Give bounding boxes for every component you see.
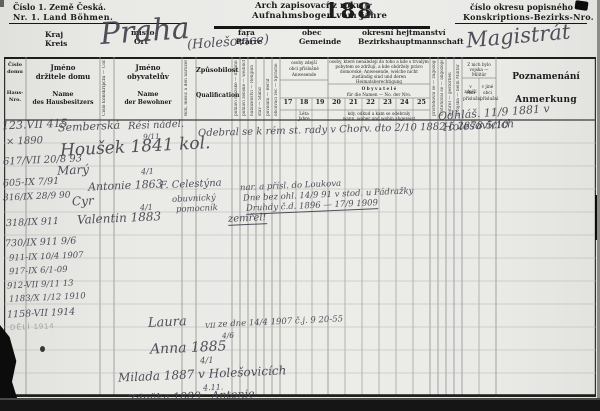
col25-number: 25: [413, 99, 430, 106]
pair-title2: vojska — Militär: [463, 67, 495, 77]
pair-col2-line2: obci: [480, 90, 495, 95]
group-present-title2: obci příslušné: [281, 66, 327, 71]
scan-edge-bottom: [0, 400, 600, 411]
pair-col1-line3: příslušní: [463, 96, 478, 101]
pair-col2-line1: v jiné: [480, 84, 495, 89]
col-religion-rotated: náboženství — Religion: [250, 60, 255, 116]
col17-number: 17: [280, 99, 296, 106]
milada-fraction: 4/1: [200, 356, 214, 367]
resident-name-anna: Anna 1885: [150, 338, 227, 357]
group-foreign-mid2: für die Namen — No. der Nro.: [329, 92, 429, 97]
col23-number: 23: [379, 99, 396, 106]
col-owner-cs2: držitele domu: [26, 72, 100, 81]
col-house-no-cs1: Číslo: [4, 62, 26, 68]
misto-value2-handwritten: (Holešovice): [187, 32, 270, 53]
pair-col1-line2: obci: [463, 90, 478, 95]
house-entry-6: 318/IX 911: [6, 216, 59, 229]
kraj-label-cs: Kraj: [45, 30, 63, 39]
pair-col2-line3: příslušní: [480, 96, 495, 101]
col-moved-in-rotated: přistěhoval se — zugezogen: [432, 60, 437, 116]
group-foreign-footer2: wann, woher und wohin abgereist: [329, 116, 429, 121]
year-handwritten: 5: [362, 1, 374, 22]
scanned-census-form: Číslo 1. Země Česká. Nr. 1. Land Böhmen.…: [0, 0, 600, 411]
col-male-rotated: pohlaví mužské — männlich: [234, 60, 239, 116]
col-conscription-rotated: Číslo konskripční — Conscriptions-Nro.: [102, 60, 107, 116]
ink-mark-top-right: [574, 0, 588, 11]
col-remarks-cs: Poznamenání: [496, 72, 596, 82]
col22-number: 22: [362, 99, 379, 106]
group-foreign-mid1: O b y v a t e l é: [329, 86, 429, 91]
col18-number: 18: [296, 99, 312, 106]
col-status-rotated: stav — Stand: [258, 60, 263, 116]
note-6-deceased: zemřel!: [228, 212, 267, 226]
kraj-label-de: Kreis: [45, 39, 67, 48]
col-house-no-cs2: domu: [4, 69, 26, 75]
group-present-title3: Anwesende: [281, 72, 327, 77]
owner-name-3: Marý: [57, 162, 90, 177]
group-foreign-title5: Heimatsberechtigung: [329, 79, 429, 84]
hejtmanstvi-value-handwritten: Magistrát: [465, 19, 571, 52]
district-number-de: Konskriptions-Bezirks-Nro.: [463, 12, 594, 22]
col-resident-de2: der Bewohner: [114, 99, 182, 106]
laura-fraction: VII: [205, 322, 216, 330]
col-owner-de2: des Hausbesitzers: [26, 99, 100, 106]
col-resident-cs1: Jméno: [114, 63, 182, 72]
group-present-footer2: Jahre: [280, 116, 328, 121]
owner-name-1: Šemberská: [58, 119, 121, 135]
col20-number: 20: [328, 99, 345, 106]
col-female-rotated: pohlaví ženské — weiblich: [242, 60, 247, 116]
district-number-cs: číslo okresu popisného: [470, 2, 573, 12]
col-occupation-rotated: povolání — Beruf: [266, 60, 271, 116]
hejtmanstvi-label-de: Bezirkshauptmannschaft: [358, 37, 464, 46]
obec-label-de: Gemeinde: [299, 37, 341, 46]
house-entry-2: × 1890: [6, 135, 43, 148]
resident-name-laura: Laura: [148, 314, 187, 331]
col-house-no-de2: Nro.: [4, 97, 26, 103]
date-stamp: DĚLÍ 1914: [10, 321, 55, 332]
scan-edge-bottom-shadow: [0, 398, 600, 401]
col-qualification-cs: Způsobilost: [196, 66, 232, 74]
col-resident-cs2: obyvatelův: [114, 72, 182, 81]
scan-corner-top-left: [0, 0, 4, 7]
qualification-5-line2: pomocník: [176, 203, 218, 215]
col-birth-rotated: Rok, měsíc a den narození — Geb.-Jahr, M…: [184, 60, 189, 116]
col-language-rotated: obcovací řeč — Sprache: [274, 60, 279, 116]
col-owner-de1: Name: [26, 90, 100, 98]
col21-number: 21: [345, 99, 362, 106]
col-house-no-de1: Haus-: [4, 90, 26, 96]
col-deceased-rotated: zemřel — gestorben: [448, 60, 453, 116]
col19-number: 19: [312, 99, 328, 106]
ink-dot-left: [40, 346, 45, 352]
hejtmanstvi-label-cs: okresní hejtmanství: [362, 28, 446, 37]
col-qualification-de: Qualification: [196, 92, 232, 99]
col24-number: 24: [396, 99, 413, 106]
col-resident-de1: Name: [114, 90, 182, 98]
form-number-cs: Číslo 1. Země Česká.: [13, 2, 106, 12]
misto-value-handwritten: Praha: [99, 11, 191, 52]
group-present-title1: osoby zdejší: [281, 60, 327, 65]
col-moved-out-rotated: vystěhoval se — abgezogen: [440, 60, 445, 116]
resident-fraction-3: 4/1: [141, 167, 154, 177]
col-owner-cs1: Jméno: [26, 63, 100, 72]
resident-name-5: Cyr: [72, 194, 94, 209]
obec-label-cs: obec: [302, 28, 322, 37]
